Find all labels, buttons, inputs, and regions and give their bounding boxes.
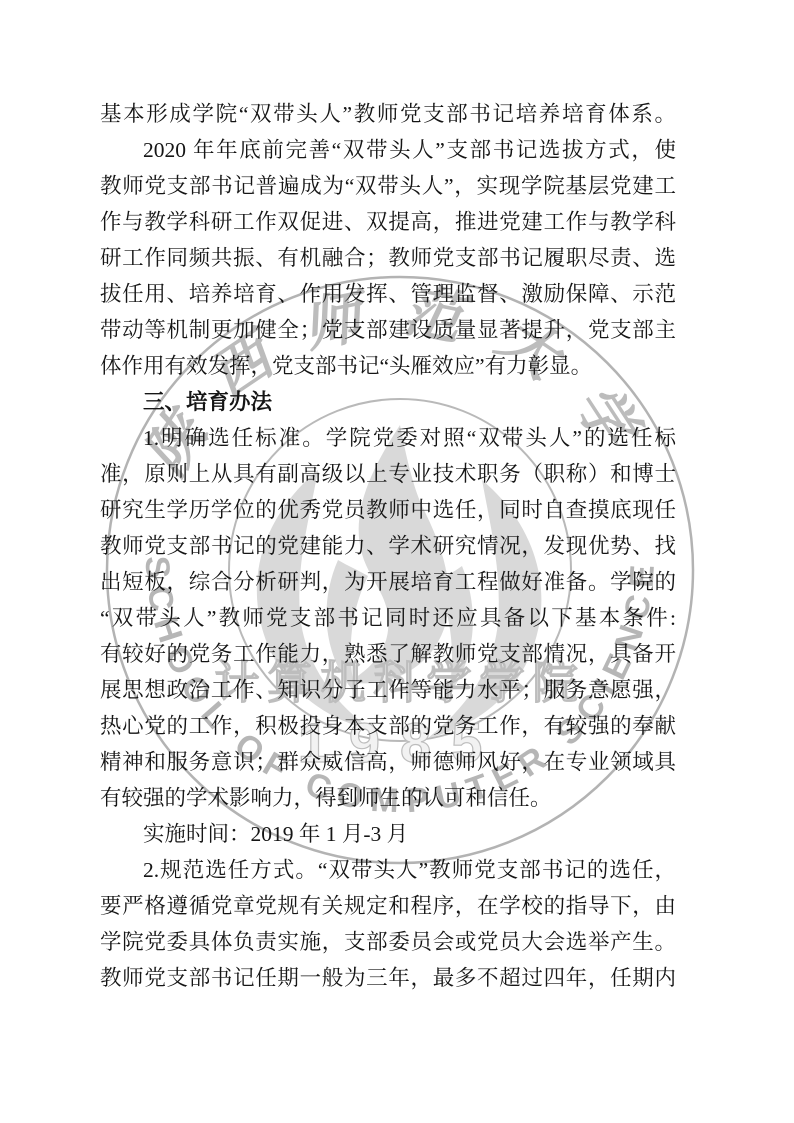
text-line: 有较好的党务工作能力，熟悉了解教师党支部情况，具备开	[100, 636, 676, 672]
text-line: 教师党支部书记普遍成为“双带头人”，实现学院基层党建工	[100, 168, 676, 204]
text-line: 准，原则上从具有副高级以上专业技术职务（职称）和博士	[100, 456, 676, 492]
text-line: 体作用有效发挥，党支部书记“头雁效应”有力彰显。	[100, 348, 676, 384]
text-line: 带动等机制更加健全；党支部建设质量显著提升，党支部主	[100, 312, 676, 348]
document-body: 基本形成学院“双带头人”教师党支部书记培养培育体系。2020 年年底前完善“双带…	[100, 96, 676, 996]
text-line: 作与教学科研工作双促进、双提高，推进党建工作与教学科	[100, 204, 676, 240]
text-line: 研工作同频共振、有机融合；教师党支部书记履职尽责、选	[100, 240, 676, 276]
text-line: 实施时间：2019 年 1 月-3 月	[100, 816, 676, 852]
text-line: 1.明确选任标准。学院党委对照“双带头人”的选任标	[100, 420, 676, 456]
text-line: 出短板，综合分析研判，为开展培育工程做好准备。学院的	[100, 564, 676, 600]
text-line: 有较强的学术影响力，得到师生的认可和信任。	[100, 780, 676, 816]
document-page: 陕西师范大学 SCHOOL OF COMPUTER SCIENCE 计算机科学学…	[0, 0, 794, 1123]
text-line: 2.规范选任方式。“双带头人”教师党支部书记的选任，	[100, 852, 676, 888]
text-line: 拔任用、培养培育、作用发挥、管理监督、激励保障、示范	[100, 276, 676, 312]
text-line: 要严格遵循党章党规有关规定和程序，在学校的指导下，由	[100, 888, 676, 924]
text-line: 教师党支部书记任期一般为三年，最多不超过四年，任期内	[100, 960, 676, 996]
text-line: 热心党的工作，积极投身本支部的党务工作，有较强的奉献	[100, 708, 676, 744]
text-line: “双带头人”教师党支部书记同时还应具备以下基本条件:	[100, 600, 676, 636]
text-line: 精神和服务意识；群众威信高，师德师风好，在专业领域具	[100, 744, 676, 780]
text-line: 基本形成学院“双带头人”教师党支部书记培养培育体系。	[100, 96, 676, 132]
text-line: 教师党支部书记的党建能力、学术研究情况，发现优势、找	[100, 528, 676, 564]
text-line: 2020 年年底前完善“双带头人”支部书记选拔方式，使	[100, 132, 676, 168]
text-line: 学院党委具体负责实施，支部委员会或党员大会选举产生。	[100, 924, 676, 960]
section-heading: 三、培育办法	[100, 384, 676, 420]
text-line: 展思想政治工作、知识分子工作等能力水平；服务意愿强，	[100, 672, 676, 708]
text-line: 研究生学历学位的优秀党员教师中选任，同时自查摸底现任	[100, 492, 676, 528]
